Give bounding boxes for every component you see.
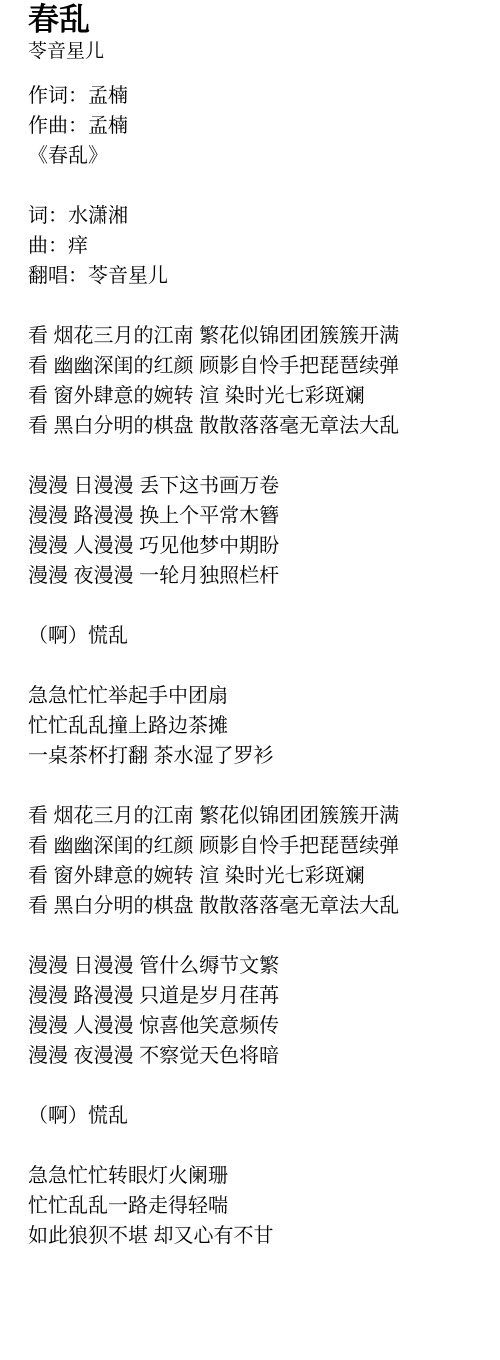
lyric-line: 作曲：孟楠 <box>28 111 480 141</box>
stanza: 词：水潇湘曲：痒翻唱：苓音星儿 <box>28 201 480 291</box>
stanza: 漫漫 日漫漫 管什么缛节文繁漫漫 路漫漫 只道是岁月荏苒漫漫 人漫漫 惊喜他笑意… <box>28 951 480 1071</box>
lyric-line: 忙忙乱乱撞上路边茶摊 <box>28 711 480 741</box>
lyric-line: 《春乱》 <box>28 141 480 171</box>
lyric-line: 漫漫 日漫漫 管什么缛节文繁 <box>28 951 480 981</box>
lyric-line: 忙忙乱乱一路走得轻喘 <box>28 1191 480 1221</box>
lyric-line: 漫漫 夜漫漫 一轮月独照栏杆 <box>28 561 480 591</box>
lyric-line: 翻唱：苓音星儿 <box>28 261 480 291</box>
lyric-line: 漫漫 人漫漫 巧见他梦中期盼 <box>28 531 480 561</box>
stanza: 漫漫 日漫漫 丢下这书画万卷漫漫 路漫漫 换上个平常木簪漫漫 人漫漫 巧见他梦中… <box>28 471 480 591</box>
lyric-line: 漫漫 路漫漫 只道是岁月荏苒 <box>28 981 480 1011</box>
lyric-line: 如此狼狈不堪 却又心有不甘 <box>28 1221 480 1251</box>
stanza: 看 烟花三月的江南 繁花似锦团团簇簇开满看 幽幽深闺的红颜 顾影自怜手把琵琶续弹… <box>28 321 480 441</box>
lyric-line: （啊）慌乱 <box>28 1101 480 1131</box>
lyrics-body: 作词：孟楠作曲：孟楠《春乱》词：水潇湘曲：痒翻唱：苓音星儿看 烟花三月的江南 繁… <box>28 81 480 1251</box>
lyric-line: 作词：孟楠 <box>28 81 480 111</box>
lyrics-page: 春乱 苓音星儿 作词：孟楠作曲：孟楠《春乱》词：水潇湘曲：痒翻唱：苓音星儿看 烟… <box>0 0 500 1360</box>
lyric-line: 看 烟花三月的江南 繁花似锦团团簇簇开满 <box>28 801 480 831</box>
lyric-line: 漫漫 日漫漫 丢下这书画万卷 <box>28 471 480 501</box>
lyric-line: 看 黑白分明的棋盘 散散落落毫无章法大乱 <box>28 411 480 441</box>
lyric-line: 看 窗外肆意的婉转 渲 染时光七彩斑斓 <box>28 381 480 411</box>
stanza: （啊）慌乱 <box>28 621 480 651</box>
lyric-line: 看 幽幽深闺的红颜 顾影自怜手把琵琶续弹 <box>28 831 480 861</box>
lyric-line: 漫漫 人漫漫 惊喜他笑意频传 <box>28 1011 480 1041</box>
lyric-line: 漫漫 夜漫漫 不察觉天色将暗 <box>28 1041 480 1071</box>
lyric-line: 看 窗外肆意的婉转 渲 染时光七彩斑斓 <box>28 861 480 891</box>
stanza: 看 烟花三月的江南 繁花似锦团团簇簇开满看 幽幽深闺的红颜 顾影自怜手把琵琶续弹… <box>28 801 480 921</box>
lyric-line: 急急忙忙举起手中团扇 <box>28 681 480 711</box>
lyric-line: 曲：痒 <box>28 231 480 261</box>
stanza: 急急忙忙举起手中团扇忙忙乱乱撞上路边茶摊一桌茶杯打翻 茶水湿了罗衫 <box>28 681 480 771</box>
lyric-line: （啊）慌乱 <box>28 621 480 651</box>
lyric-line: 漫漫 路漫漫 换上个平常木簪 <box>28 501 480 531</box>
lyric-line: 看 烟花三月的江南 繁花似锦团团簇簇开满 <box>28 321 480 351</box>
lyric-line: 看 幽幽深闺的红颜 顾影自怜手把琵琶续弹 <box>28 351 480 381</box>
song-title: 春乱 <box>28 3 480 37</box>
lyric-line: 看 黑白分明的棋盘 散散落落毫无章法大乱 <box>28 891 480 921</box>
lyric-line: 词：水潇湘 <box>28 201 480 231</box>
lyric-line: 急急忙忙转眼灯火阑珊 <box>28 1161 480 1191</box>
stanza: 急急忙忙转眼灯火阑珊忙忙乱乱一路走得轻喘如此狼狈不堪 却又心有不甘 <box>28 1161 480 1251</box>
artist-name: 苓音星儿 <box>28 40 480 64</box>
stanza: （啊）慌乱 <box>28 1101 480 1131</box>
stanza: 作词：孟楠作曲：孟楠《春乱》 <box>28 81 480 171</box>
lyric-line: 一桌茶杯打翻 茶水湿了罗衫 <box>28 741 480 771</box>
